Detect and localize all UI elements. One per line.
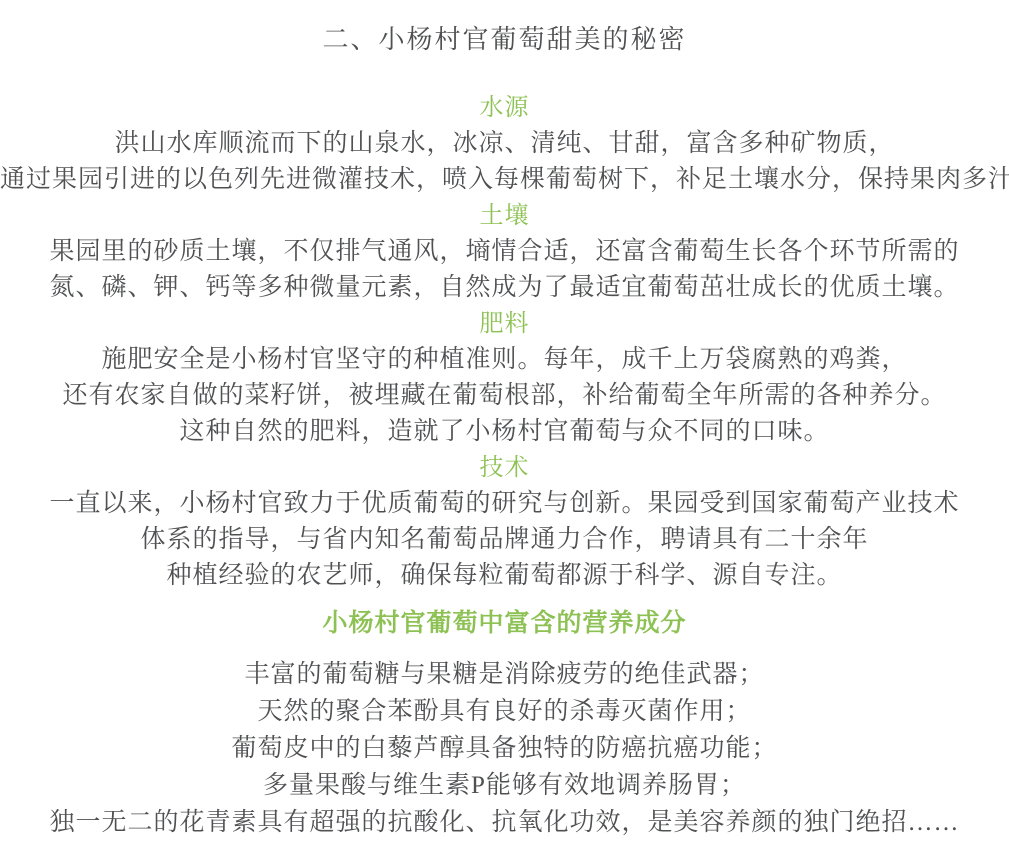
paragraph-line: 种植经验的农艺师，确保每粒葡萄都源于科学、源自专注。 — [0, 558, 1009, 594]
section-nutrition: 小杨村官葡萄中富含的营养成分 丰富的葡萄糖与果糖是消除疲劳的绝佳武器； 天然的聚… — [0, 606, 1009, 841]
section-heading-soil: 土壤 — [0, 198, 1009, 234]
nutrition-line: 葡萄皮中的白藜芦醇具备独特的防癌抗癌功能； — [0, 730, 1009, 767]
paragraph-line: 氮、磷、钾、钙等多种微量元素，自然成为了最适宜葡萄茁壮成长的优质土壤。 — [0, 270, 1009, 306]
nutrition-line: 多量果酸与维生素P能够有效地调养肠胃； — [0, 767, 1009, 804]
section-heading-water: 水源 — [0, 90, 1009, 126]
paragraph-line: 一直以来，小杨村官致力于优质葡萄的研究与创新。果园受到国家葡萄产业技术 — [0, 486, 1009, 522]
paragraph-line: 施肥安全是小杨村官坚守的种植准则。每年，成千上万袋腐熟的鸡粪， — [0, 342, 1009, 378]
paragraph-line: 果园里的砂质土壤，不仅排气通风，墒情合适，还富含葡萄生长各个环节所需的 — [0, 234, 1009, 270]
nutrition-line: 天然的聚合苯酚具有良好的杀毒灭菌作用； — [0, 693, 1009, 730]
section-heading-technology: 技术 — [0, 450, 1009, 486]
nutrition-line: 丰富的葡萄糖与果糖是消除疲劳的绝佳武器； — [0, 656, 1009, 693]
paragraph-line: 洪山水库顺流而下的山泉水，冰凉、清纯、甘甜，富含多种矿物质， — [0, 126, 1009, 162]
section-water: 水源 洪山水库顺流而下的山泉水，冰凉、清纯、甘甜，富含多种矿物质， 通过果园引进… — [0, 90, 1009, 198]
page-title: 二、小杨村官葡萄甜美的秘密 — [0, 24, 1009, 56]
nutrition-heading: 小杨村官葡萄中富含的营养成分 — [0, 606, 1009, 642]
paragraph-line: 还有农家自做的菜籽饼，被埋藏在葡萄根部，补给葡萄全年所需的各种养分。 — [0, 378, 1009, 414]
paragraph-line: 通过果园引进的以色列先进微灌技术，喷入每棵葡萄树下，补足土壤水分，保持果肉多汁。 — [0, 162, 1009, 198]
section-fertilizer: 肥料 施肥安全是小杨村官坚守的种植准则。每年，成千上万袋腐熟的鸡粪， 还有农家自… — [0, 306, 1009, 450]
paragraph-line: 体系的指导，与省内知名葡萄品牌通力合作，聘请具有二十余年 — [0, 522, 1009, 558]
document-page: 二、小杨村官葡萄甜美的秘密 水源 洪山水库顺流而下的山泉水，冰凉、清纯、甘甜，富… — [0, 0, 1009, 851]
section-technology: 技术 一直以来，小杨村官致力于优质葡萄的研究与创新。果园受到国家葡萄产业技术 体… — [0, 450, 1009, 594]
nutrition-line: 独一无二的花青素具有超强的抗酸化、抗氧化功效，是美容养颜的独门绝招…… — [0, 804, 1009, 841]
section-soil: 土壤 果园里的砂质土壤，不仅排气通风，墒情合适，还富含葡萄生长各个环节所需的 氮… — [0, 198, 1009, 306]
paragraph-line: 这种自然的肥料，造就了小杨村官葡萄与众不同的口味。 — [0, 414, 1009, 450]
section-heading-fertilizer: 肥料 — [0, 306, 1009, 342]
